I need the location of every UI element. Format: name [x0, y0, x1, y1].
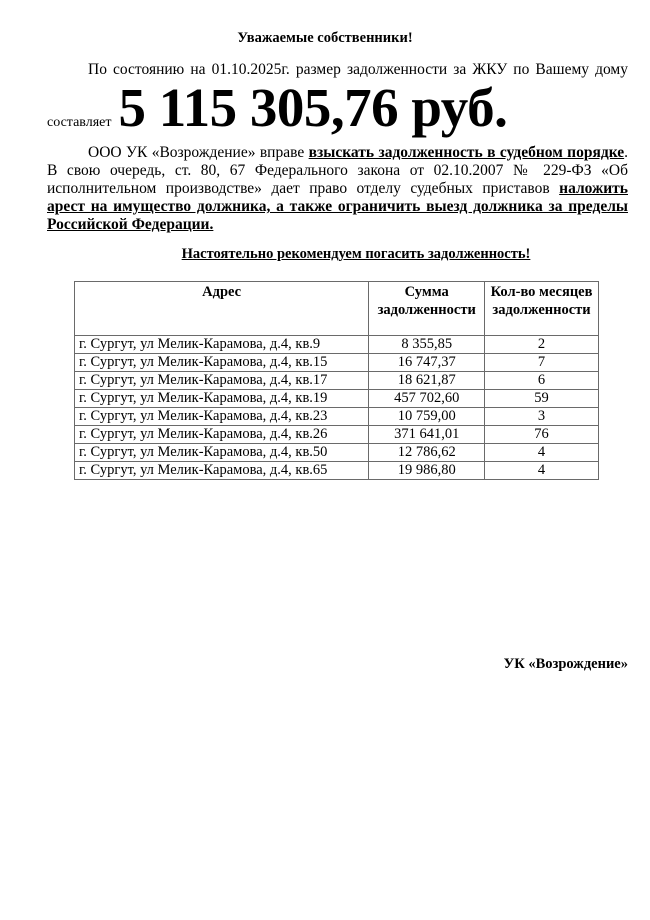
cell-sum: 12 786,62: [369, 444, 485, 462]
cell-months: 3: [485, 408, 599, 426]
cell-address: г. Сургут, ул Мелик-Карамова, д.4, кв.9: [75, 336, 369, 354]
cell-address: г. Сургут, ул Мелик-Карамова, д.4, кв.15: [75, 354, 369, 372]
notice-page: Уважаемые собственники! По состоянию на …: [0, 0, 650, 920]
paragraph-emphasis-court: взыскать задолженность в судебном порядк…: [309, 144, 625, 161]
cell-months: 59: [485, 390, 599, 408]
total-debt-line: составляет 5 115 305,76 руб.: [47, 80, 507, 140]
signature: УК «Возрождение»: [504, 656, 628, 673]
table-row: г. Сургут, ул Мелик-Карамова, д.4, кв.50…: [75, 444, 599, 462]
table-body: г. Сургут, ул Мелик-Карамова, д.4, кв.98…: [75, 336, 599, 480]
table-row: г. Сургут, ул Мелик-Карамова, д.4, кв.98…: [75, 336, 599, 354]
table-row: г. Сургут, ул Мелик-Карамова, д.4, кв.23…: [75, 408, 599, 426]
header-months: Кол-во месяцев задолженности: [485, 282, 599, 336]
table-row: г. Сургут, ул Мелик-Карамова, д.4, кв.65…: [75, 462, 599, 480]
amount-prefix: составляет: [47, 115, 111, 130]
cell-months: 4: [485, 462, 599, 480]
cell-sum: 19 986,80: [369, 462, 485, 480]
cell-sum: 16 747,37: [369, 354, 485, 372]
recommendation-heading: Настоятельно рекомендуем погасить задолж…: [0, 246, 650, 263]
cell-months: 6: [485, 372, 599, 390]
table-row: г. Сургут, ул Мелик-Карамова, д.4, кв.26…: [75, 426, 599, 444]
header-sum: Сумма задолженности: [369, 282, 485, 336]
cell-months: 7: [485, 354, 599, 372]
cell-months: 2: [485, 336, 599, 354]
cell-sum: 371 641,01: [369, 426, 485, 444]
paragraph-part1: ООО УК «Возрождение» вправе: [88, 144, 309, 161]
cell-sum: 18 621,87: [369, 372, 485, 390]
greeting-heading: Уважаемые собственники!: [0, 30, 650, 47]
legal-paragraph: ООО УК «Возрождение» вправе взыскать зад…: [47, 144, 628, 234]
table-header-row: Адрес Сумма задолженности Кол-во месяцев…: [75, 282, 599, 336]
cell-address: г. Сургут, ул Мелик-Карамова, д.4, кв.17: [75, 372, 369, 390]
cell-months: 76: [485, 426, 599, 444]
total-debt-amount: 5 115 305,76 руб.: [118, 77, 507, 138]
table-row: г. Сургут, ул Мелик-Карамова, д.4, кв.19…: [75, 390, 599, 408]
cell-address: г. Сургут, ул Мелик-Карамова, д.4, кв.19: [75, 390, 369, 408]
cell-sum: 10 759,00: [369, 408, 485, 426]
cell-address: г. Сургут, ул Мелик-Карамова, д.4, кв.26: [75, 426, 369, 444]
table-row: г. Сургут, ул Мелик-Карамова, д.4, кв.17…: [75, 372, 599, 390]
cell-sum: 8 355,85: [369, 336, 485, 354]
cell-address: г. Сургут, ул Мелик-Карамова, д.4, кв.65: [75, 462, 369, 480]
cell-sum: 457 702,60: [369, 390, 485, 408]
header-address: Адрес: [75, 282, 369, 336]
cell-address: г. Сургут, ул Мелик-Карамова, д.4, кв.50: [75, 444, 369, 462]
debts-table: Адрес Сумма задолженности Кол-во месяцев…: [74, 281, 599, 480]
table-row: г. Сургут, ул Мелик-Карамова, д.4, кв.15…: [75, 354, 599, 372]
cell-months: 4: [485, 444, 599, 462]
cell-address: г. Сургут, ул Мелик-Карамова, д.4, кв.23: [75, 408, 369, 426]
